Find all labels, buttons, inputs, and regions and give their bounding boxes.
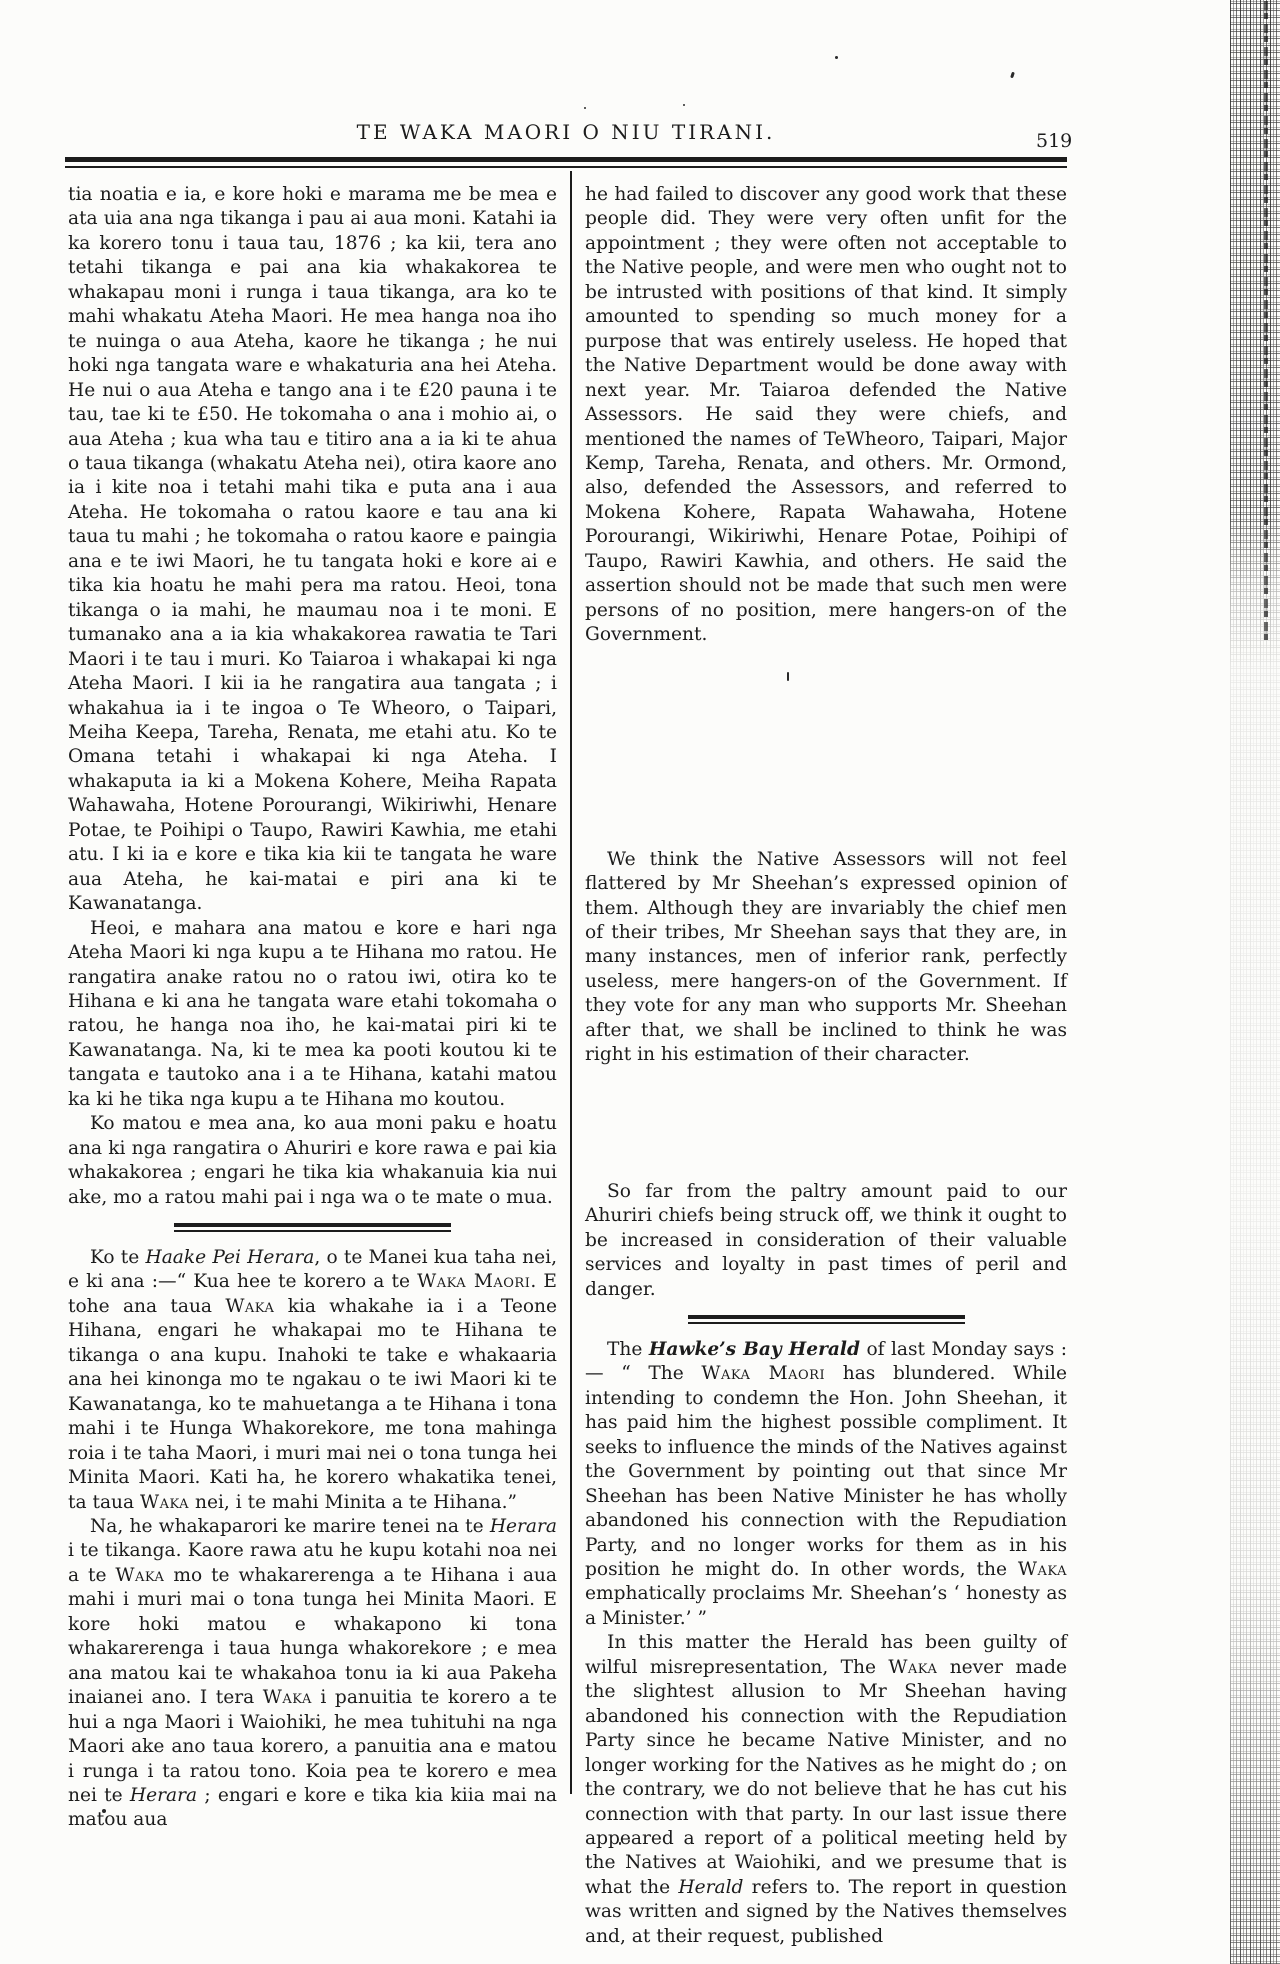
right-column-english-text: he had failed to discover any good work …: [585, 183, 1067, 1949]
scan-edge-streak: [1264, 0, 1268, 640]
column-whitespace-gap: [585, 648, 1067, 848]
paragraph: he had failed to discover any good work …: [585, 183, 1067, 648]
text-run: Heoi, e mahara ana matou e kore e hari n…: [68, 918, 557, 1110]
text-run: never made the slightest allusion to Mr …: [585, 1657, 1067, 1898]
small-caps-text: Waka Maori: [701, 1363, 825, 1384]
italic-text: Haake Pei Herara: [145, 1247, 314, 1268]
italic-text: Herald: [678, 1877, 743, 1898]
scan-edge-artifact: [1230, 0, 1280, 1964]
text-run: Ko te: [90, 1247, 145, 1268]
small-caps-text: Waka: [263, 1687, 312, 1708]
text-run: Na, he whakaparori ke marire tenei na te: [90, 1516, 490, 1537]
ink-speck: [683, 104, 685, 106]
page-title: TE WAKA MAORI O NIU TIRANI.: [65, 120, 1067, 152]
text-run: Ko matou e mea ana, ko aua moni paku e h…: [68, 1113, 557, 1207]
bold-italic-text: Hawke’s Bay Herald: [649, 1339, 860, 1360]
ink-speck: [835, 56, 838, 59]
small-caps-text: Waka: [140, 1492, 189, 1513]
italic-text: Herara: [490, 1516, 557, 1537]
section-separator-double-rule: [174, 1223, 451, 1232]
ink-speck: [619, 1842, 621, 1845]
column-divider-rule: [570, 171, 572, 1794]
small-caps-text: Waka Maori: [417, 1271, 530, 1292]
paragraph: In this matter the Herald has been guilt…: [585, 1631, 1067, 1949]
small-caps-text: Waka: [888, 1657, 937, 1678]
text-run: has blundered. While intending to condem…: [585, 1363, 1067, 1580]
paragraph: So far from the paltry amount paid to ou…: [585, 1180, 1067, 1302]
paragraph: Ko te Haake Pei Herara, o te Manei kua t…: [68, 1246, 557, 1515]
left-column-maori-text: tia noatia e ia, e kore hoki e marama me…: [68, 183, 557, 1833]
section-separator-double-rule: [688, 1315, 965, 1324]
text-run: nei, i te mahi Minita a te Hihana.”: [189, 1492, 517, 1513]
italic-text: Herara: [130, 1785, 197, 1806]
column-whitespace-gap: [585, 1068, 1067, 1180]
text-run: tia noatia e ia, e kore hoki e marama me…: [68, 184, 557, 914]
text-run: emphatically proclaims Mr. Sheehan’s ‘ h…: [585, 1583, 1067, 1628]
text-run: The: [607, 1339, 649, 1360]
small-caps-text: Waka: [1018, 1559, 1067, 1580]
header-double-rule: [65, 157, 1067, 168]
paragraph: Heoi, e mahara ana matou e kore e hari n…: [68, 917, 557, 1113]
paragraph: Na, he whakaparori ke marire tenei na te…: [68, 1515, 557, 1833]
paragraph: Ko matou e mea ana, ko aua moni paku e h…: [68, 1112, 557, 1210]
page-number: 519: [1036, 130, 1072, 152]
text-run: kia whakahe ia i a Teone Hihana, engari …: [68, 1296, 557, 1513]
small-caps-text: Waka: [115, 1565, 164, 1586]
ink-speck: [787, 672, 789, 681]
ink-speck: [584, 107, 586, 109]
ink-speck: [102, 1809, 106, 1813]
text-run: So far from the paltry amount paid to ou…: [585, 1181, 1067, 1300]
newspaper-page: TE WAKA MAORI O NIU TIRANI. 519 tia noat…: [0, 0, 1280, 1964]
text-run: he had failed to discover any good work …: [585, 184, 1067, 645]
small-caps-text: Waka: [225, 1296, 274, 1317]
ink-speck: [628, 1840, 630, 1842]
paragraph: We think the Native Assessors will not f…: [585, 848, 1067, 1068]
paragraph: The Hawke’s Bay Herald of last Monday sa…: [585, 1338, 1067, 1631]
ink-speck: [1010, 72, 1015, 79]
paragraph: tia noatia e ia, e kore hoki e marama me…: [68, 183, 557, 917]
text-run: We think the Native Assessors will not f…: [585, 849, 1067, 1066]
